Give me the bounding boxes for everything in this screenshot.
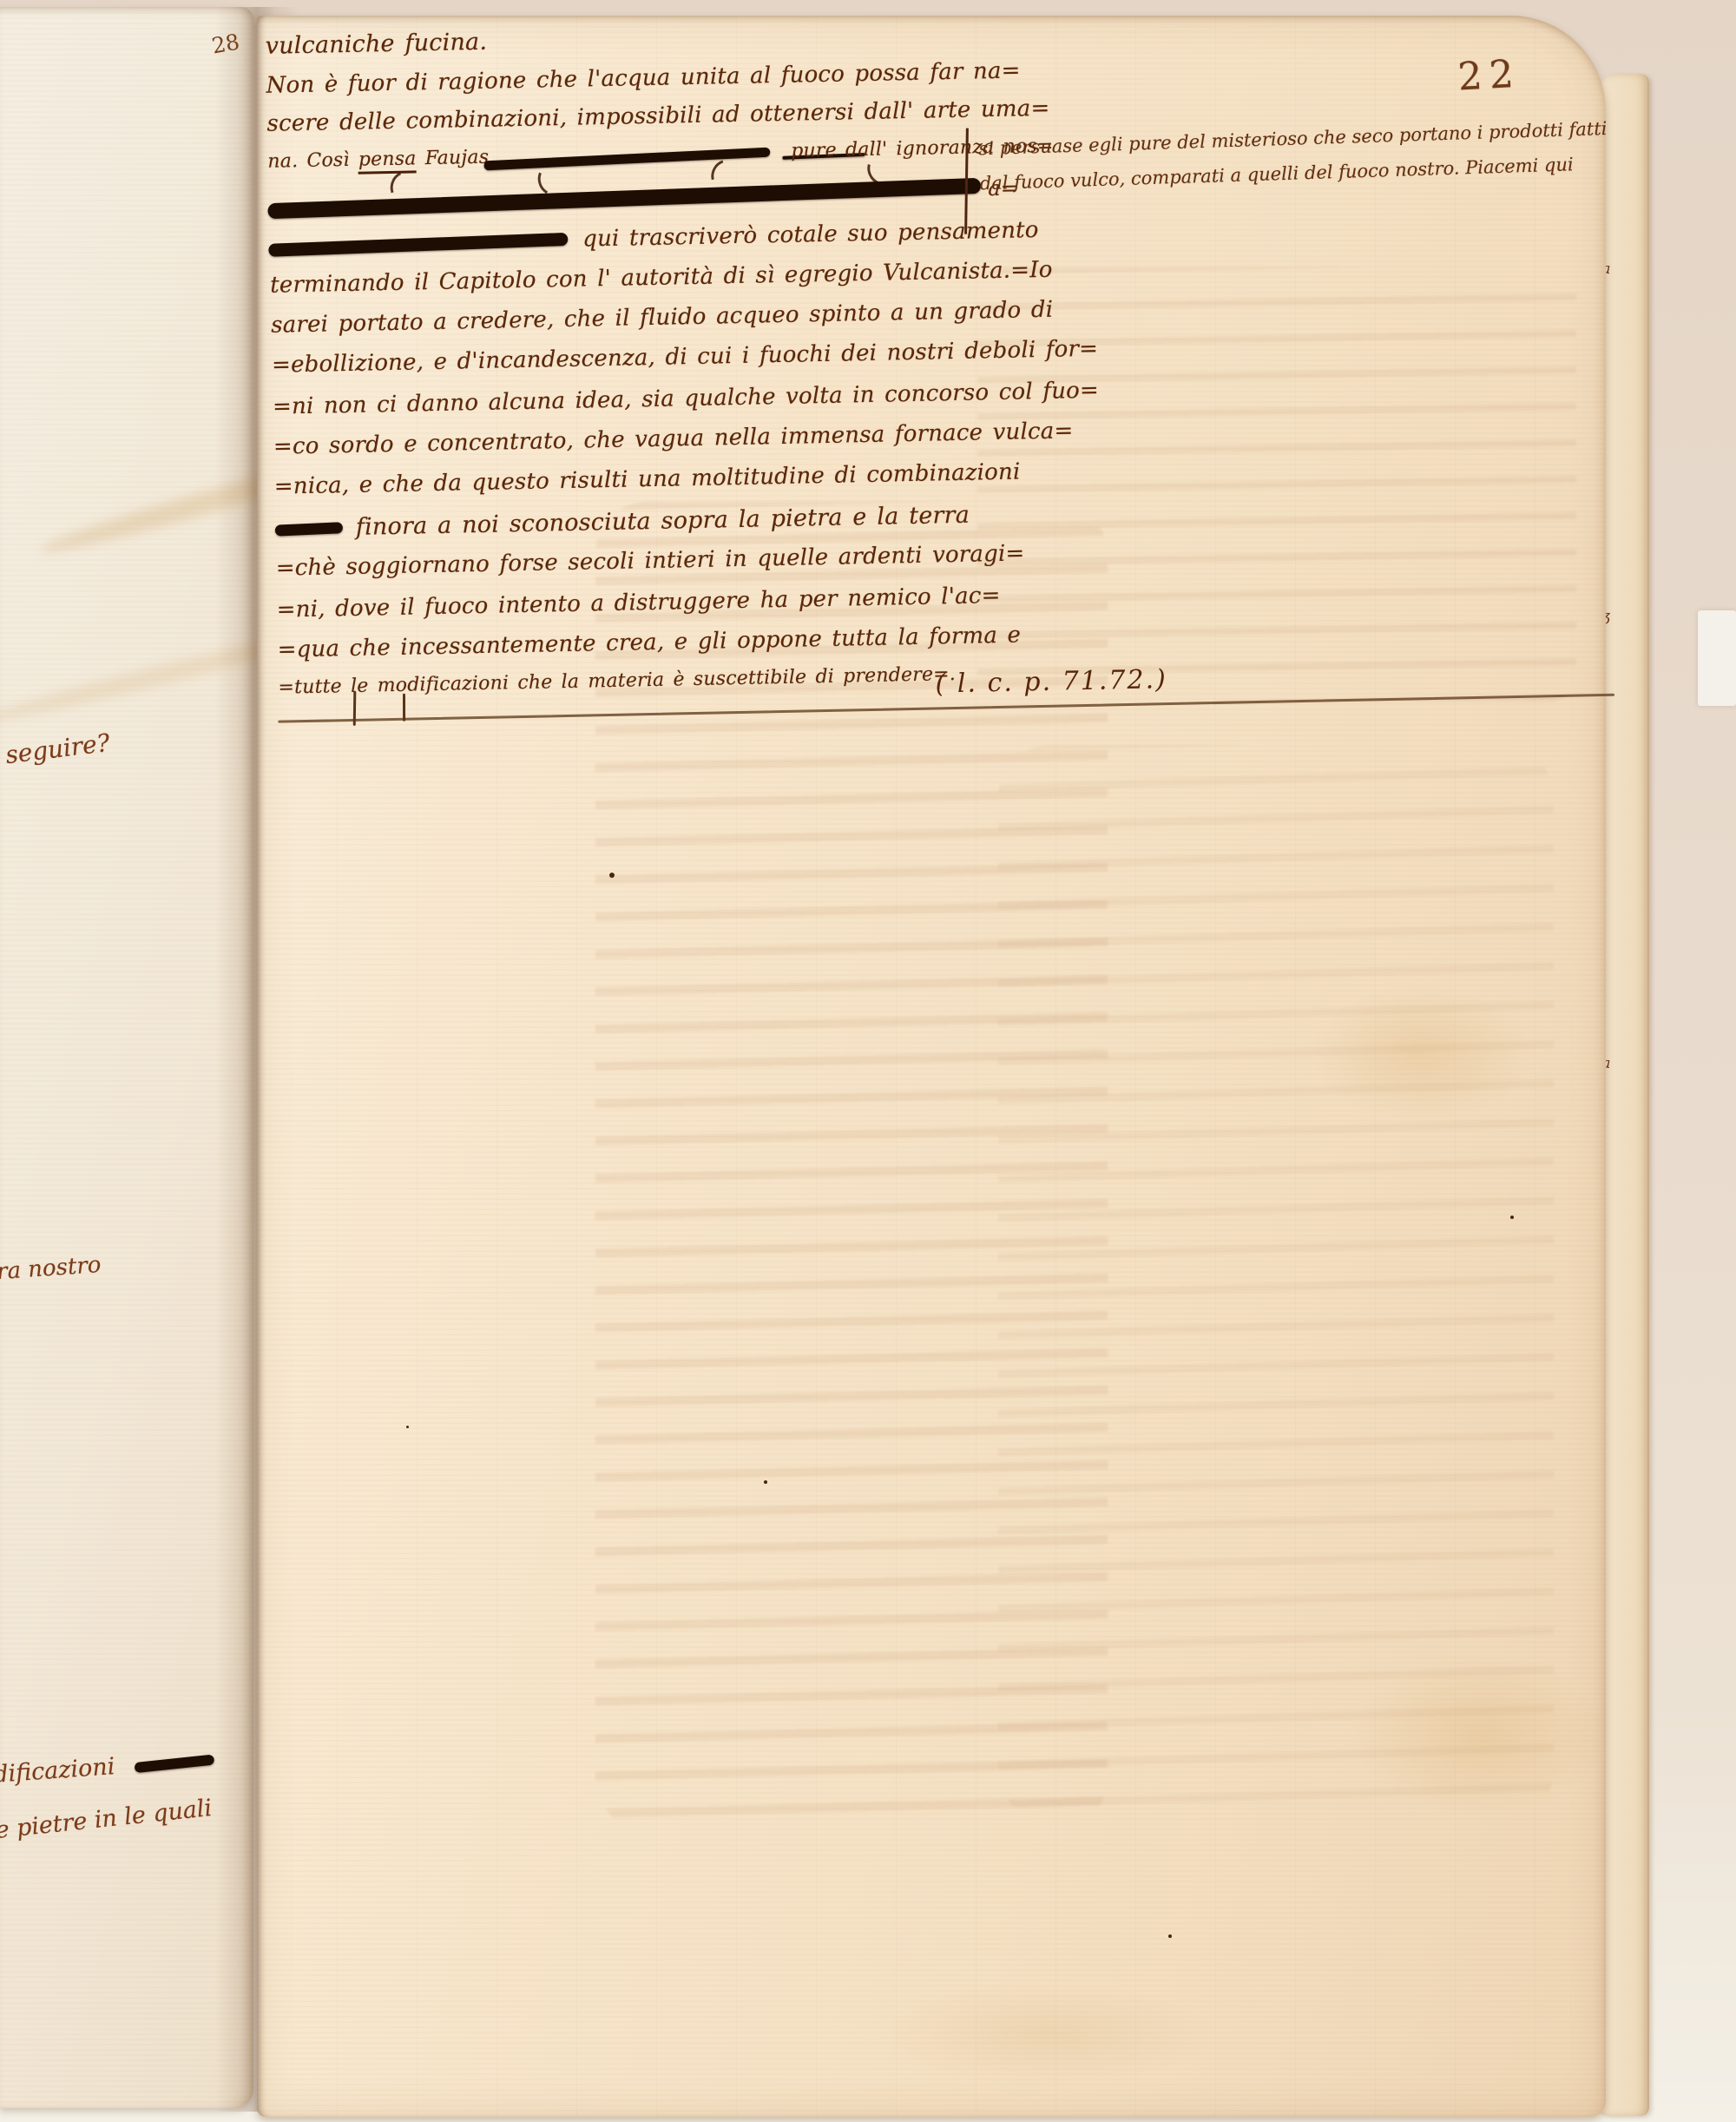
strikethrough-mark: [134, 1754, 214, 1773]
verso-paper-texture: [0, 7, 253, 2108]
citation: ( l. c. p. 71.72.): [935, 664, 1167, 699]
manuscript-line: =nica, e che da questo risulti una molti…: [274, 458, 1021, 499]
manuscript-line: =ebollizione, e d'incandescenza, di cui …: [272, 336, 1099, 379]
manuscript-line: finora a noi sconosciuta sopra la pietra…: [356, 502, 970, 541]
manuscript-photo: { "recto": { "page_number": "22", "lines…: [0, 0, 1736, 2122]
manuscript-line: sarei portato a credere, che il fluido a…: [271, 297, 1054, 339]
manuscript-line: Non è fuor di ragione che l'acqua unita …: [266, 57, 1021, 98]
strikethrough-mark: [268, 233, 568, 257]
manuscript-line: =co sordo e concentrato, che vagua nella…: [273, 418, 1074, 459]
handwritten-ink-layer: 22 vulcaniche fucina. Non è fuor di ragi…: [257, 0, 1647, 2117]
strikethrough-mark: [275, 522, 344, 536]
margin-note: si persuase egli pure del misterioso che…: [978, 110, 1640, 201]
recto-page-number: 22: [1457, 52, 1522, 100]
tick-mark: [403, 694, 405, 722]
manuscript-line: =ni non ci danno alcuna idea, sia qualch…: [273, 378, 1099, 420]
verso-page-number: 28: [210, 29, 241, 58]
manuscript-line: qui trascriverò cotale suo pensamento: [582, 217, 1039, 253]
manuscript-line: =ni, dove il fuoco intento a distruggere…: [276, 583, 1000, 623]
verso-page: 28 seguire? ra nostro dificazioni e piet…: [0, 7, 253, 2108]
manuscript-line: na. Così pensa Faujas,: [267, 147, 495, 173]
recto-page: 22 vulcaniche fucina. Non è fuor di ragi…: [257, 16, 1606, 2117]
tick-mark: [353, 691, 357, 726]
strikethrough-mark: [267, 178, 981, 219]
manuscript-line: terminando il Capitolo con l' autorità d…: [270, 257, 1053, 299]
manuscript-line: scere delle combinazioni, impossibili ad…: [266, 96, 1049, 137]
manuscript-line: =chè soggiornano forse secoli intieri in…: [275, 540, 1024, 581]
backdrop-white-patch: [1698, 610, 1736, 706]
manuscript-line: =tutte le modificazioni che la materia è…: [278, 663, 956, 699]
manuscript-line: =qua che incessantemente crea, e gli opp…: [277, 622, 1021, 662]
manuscript-line: vulcaniche fucina.: [265, 29, 487, 60]
